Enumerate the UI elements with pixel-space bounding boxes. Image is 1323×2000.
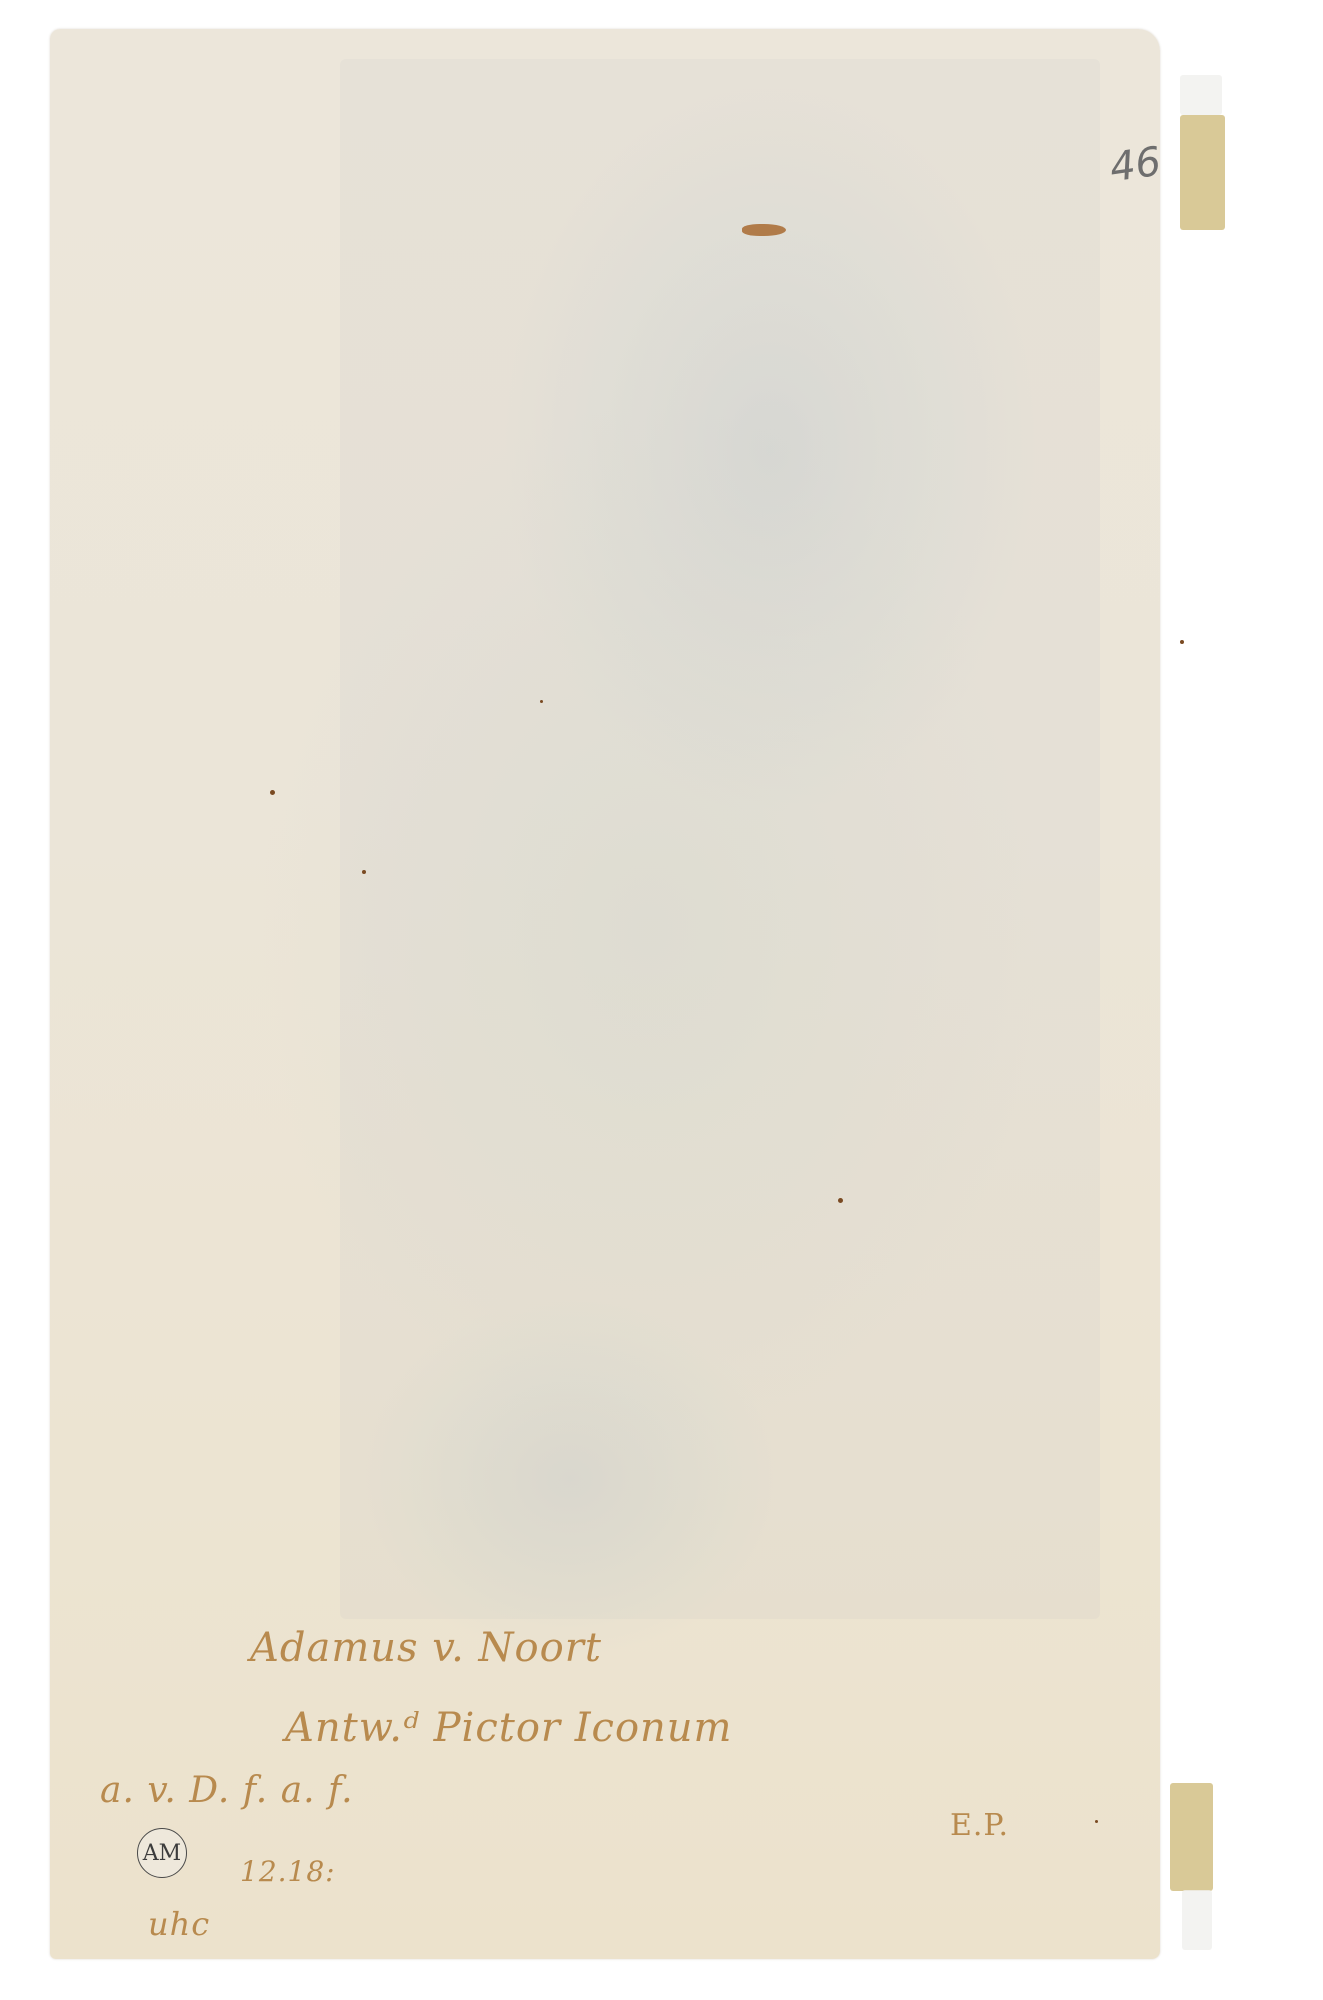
hinge-tape-clear-top [1180, 75, 1222, 115]
inscription-number: 12.18: [240, 1855, 336, 1888]
foxing-spot [1095, 1820, 1098, 1823]
foxing-spot [838, 1198, 843, 1203]
inscription-initials: E.P. [950, 1808, 1009, 1843]
inscription-artist-name: Adamus v. Noort [250, 1625, 602, 1671]
show-through-image [340, 59, 1100, 1619]
inscription-attribution: a. v. D. f. a. f. [100, 1770, 354, 1811]
hinge-tape-clear-bottom [1182, 1890, 1212, 1950]
foxing-spot [270, 790, 275, 795]
ink-stain [742, 224, 786, 236]
pencil-number: 46 [1107, 139, 1164, 192]
foxing-spot [540, 700, 543, 703]
foxing-spot [1180, 640, 1184, 644]
monogram-icon: AM [143, 1841, 181, 1866]
paper-sheet [50, 29, 1160, 1959]
foxing-spot [362, 870, 366, 874]
inscription-code: uhc [148, 1905, 210, 1943]
hinge-tape-top [1180, 115, 1225, 230]
inscription-title: Antw.ᵈ Pictor Iconum [285, 1705, 732, 1751]
collector-stamp: AM [137, 1828, 187, 1878]
hinge-tape-bottom [1170, 1783, 1213, 1891]
